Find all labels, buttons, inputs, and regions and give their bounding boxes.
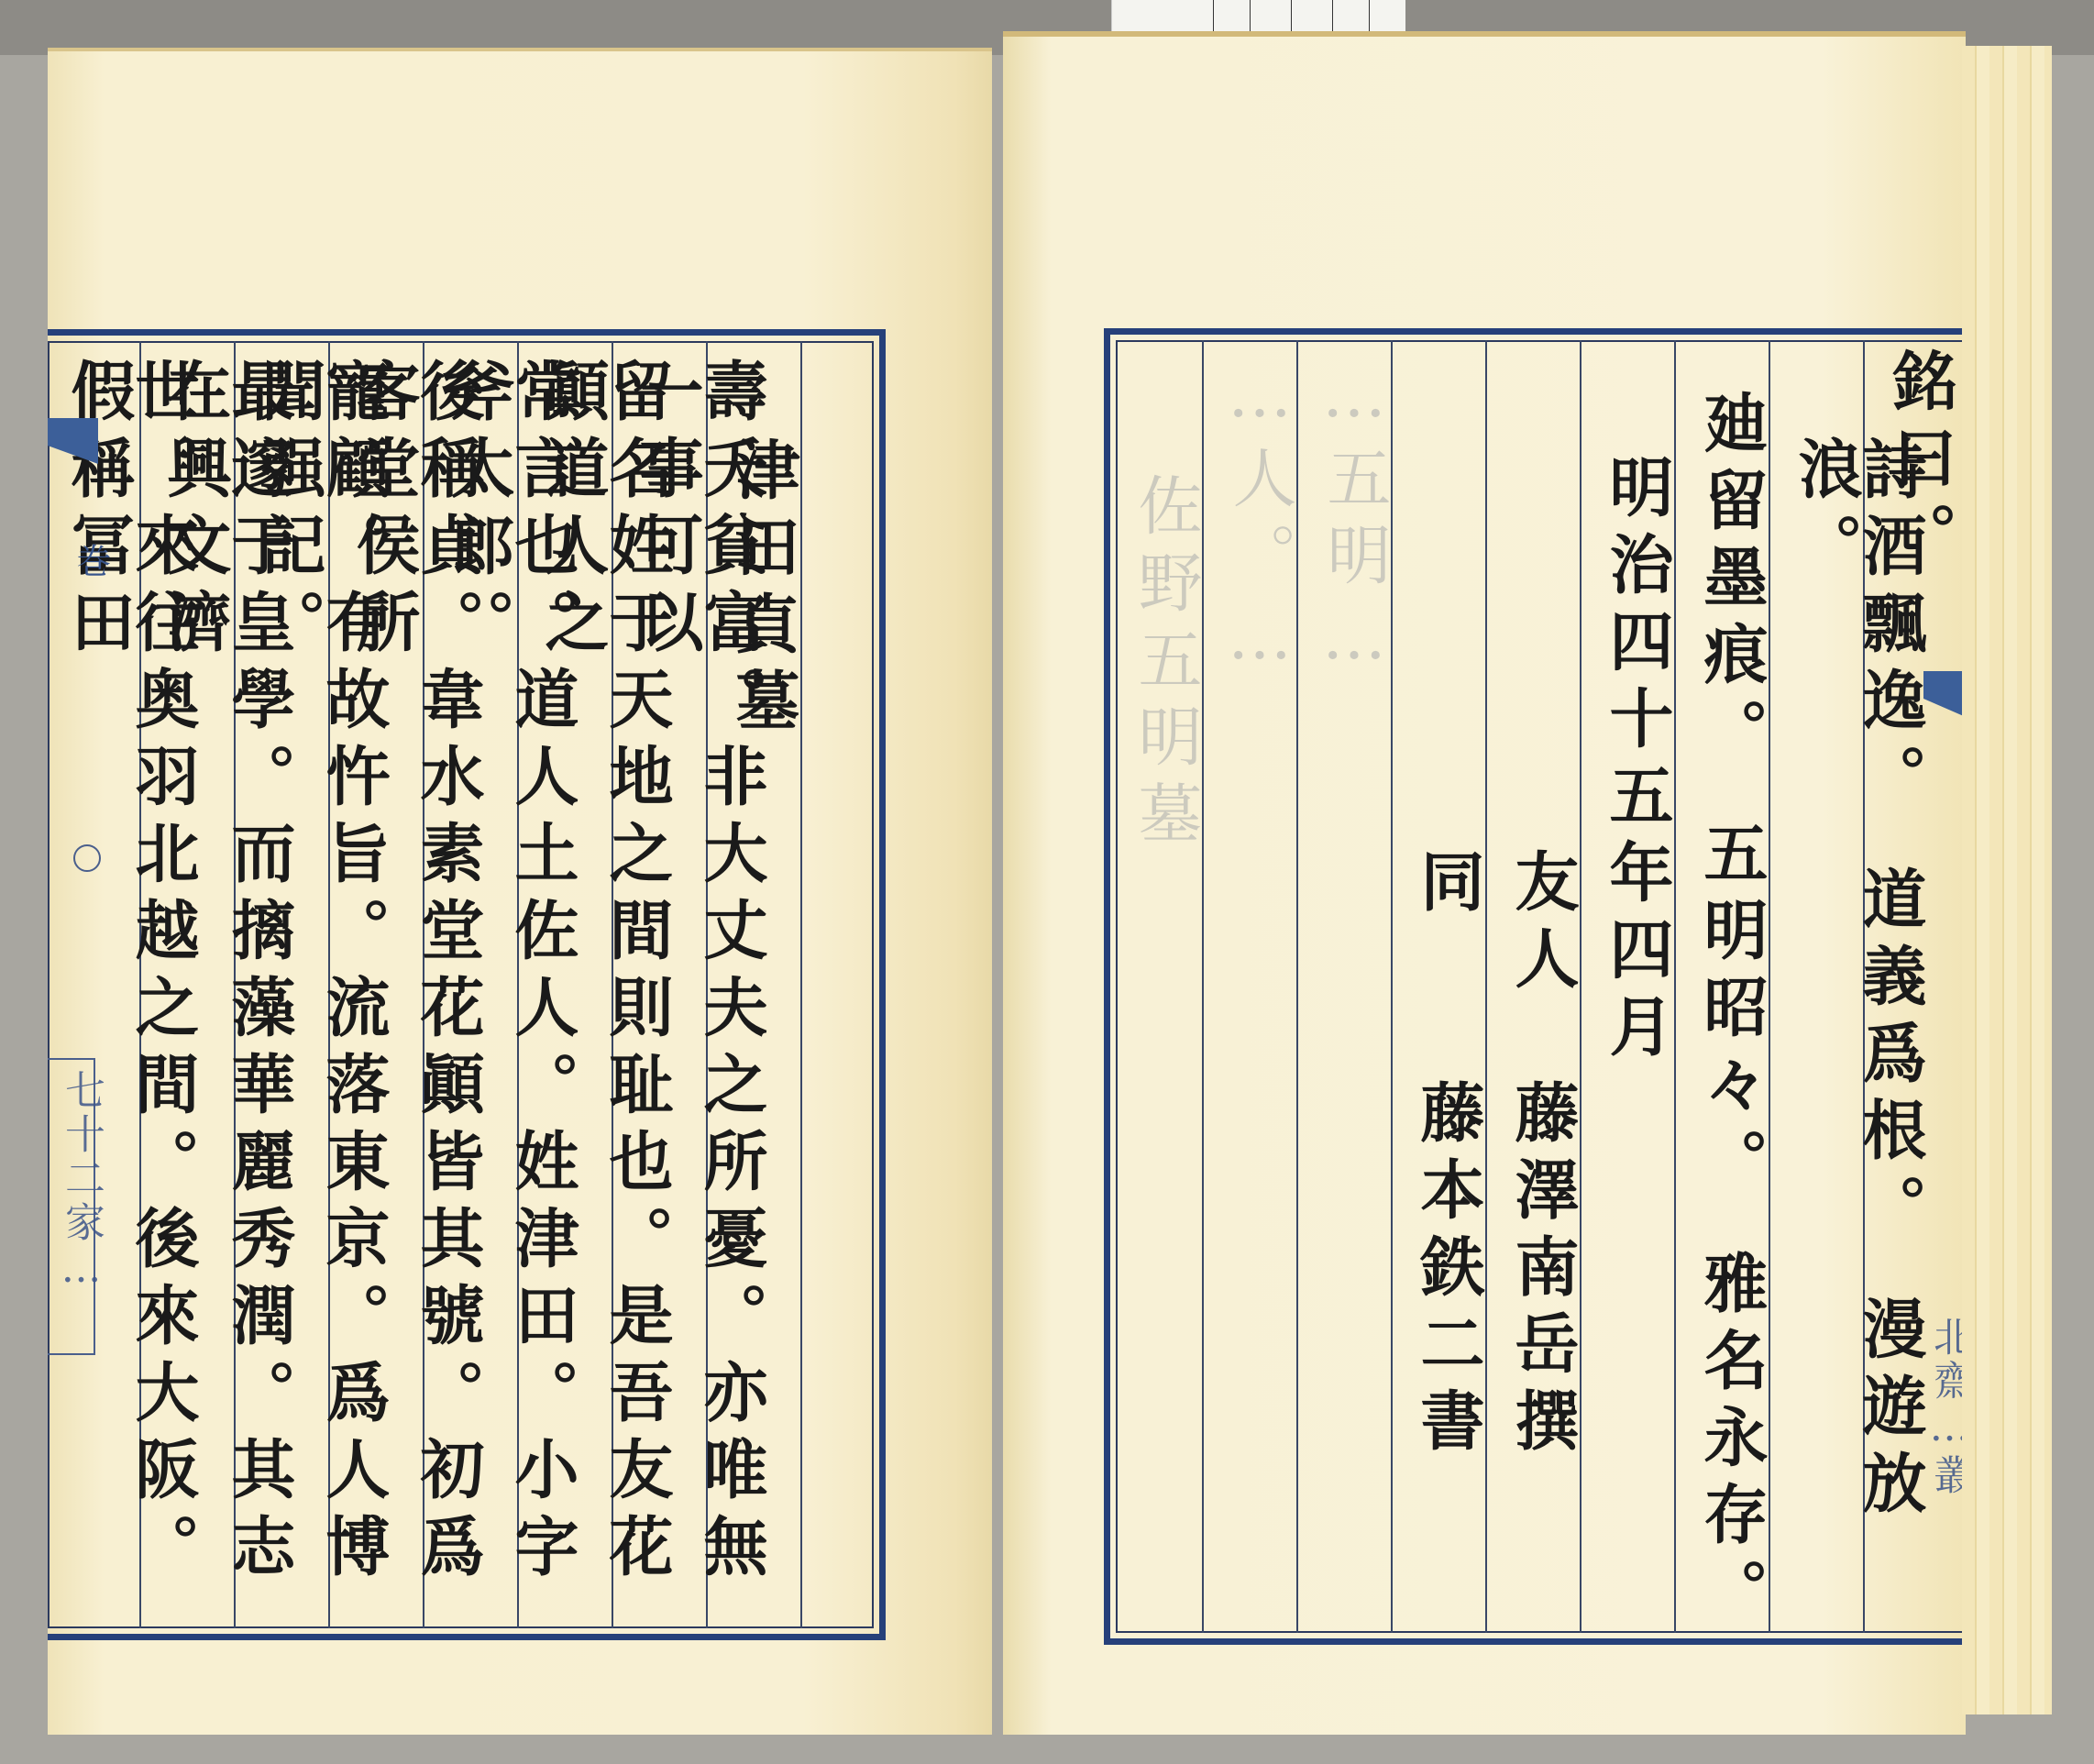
left-print-frame: 津田貞墓 壽夭貧富。非大丈夫之所憂。亦唯無一事可以 留名姓于天地之間則耻也。是吾… [48,329,886,1640]
right-page: 佐野五明墓 …人。… …五明… 銘曰。 詩酒飄逸。 道義爲根。 漫遊放浪。 廸留… [1003,31,1966,1735]
date-column: 明治四十五年四月 [1604,454,1669,1070]
bleed-through-column: …人。… [1228,357,1292,687]
edge-title: 七十二家… [51,1069,110,1295]
circle-mark [73,844,101,872]
inscription-verse: 廸留墨痕。 五明昭々。 雅名永存。 [1699,390,1763,1635]
bleed-through-column: 佐野五明墓 [1133,472,1197,857]
right-print-frame: 佐野五明墓 …人。… …五明… 銘曰。 詩酒飄逸。 道義爲根。 漫遊放浪。 廸留… [1104,328,1984,1645]
left-page: 津田貞墓 壽夭貧富。非大丈夫之所憂。亦唯無一事可以 留名姓于天地之間則耻也。是吾… [48,48,992,1735]
volume-label: 巻 [66,543,116,578]
bleed-through-column: …五明… [1322,357,1386,687]
page-stack-fore-edge [1962,46,2052,1714]
author-column: 友人 藤澤南岳撰 [1510,848,1574,1464]
calligrapher-column: 同 藤本鉄二書 [1416,848,1480,1464]
ruled-paper-slip [1111,0,1405,33]
inscription-verse: 詩酒飄逸。 道義爲根。 漫遊放浪。 [1793,435,1922,1638]
